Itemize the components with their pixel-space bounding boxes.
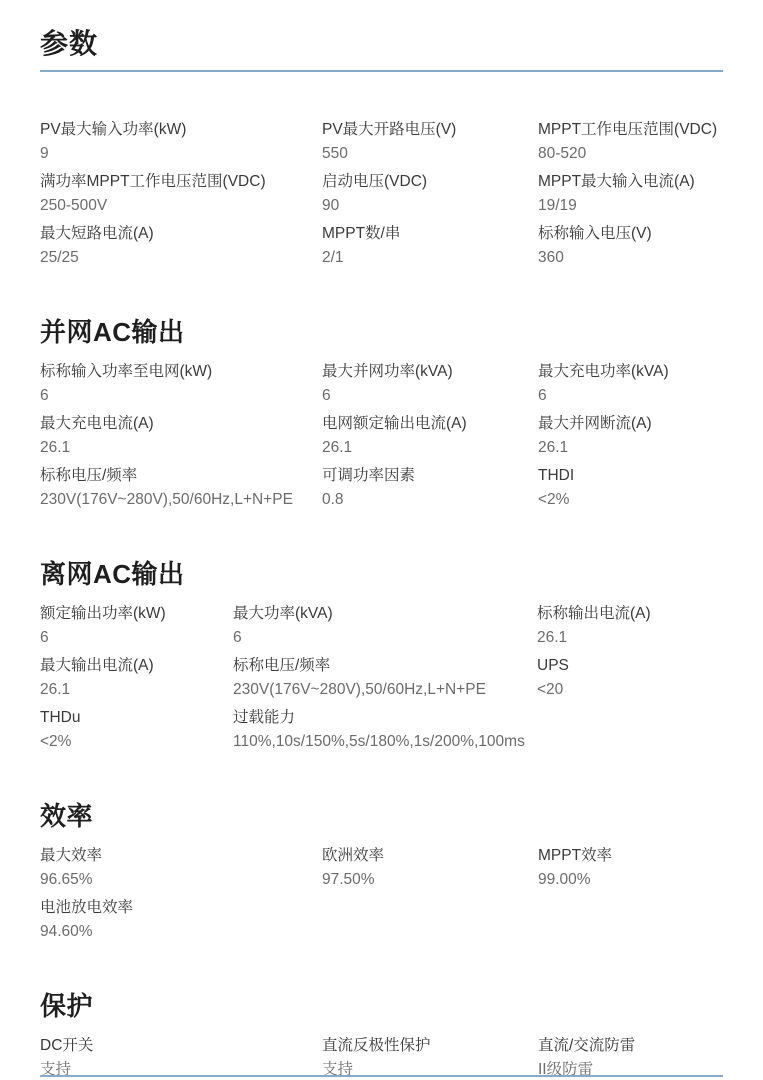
spec-label: 满功率MPPT工作电压范围(VDC): [40, 171, 322, 193]
section-protection: 保护DC开关支持直流反极性保护支持直流/交流防雷II级防雷: [40, 991, 723, 1080]
spec-label: 最大输出电流(A): [40, 655, 233, 677]
spec-item: 电网额定输出电流(A)26.1: [322, 413, 538, 459]
spec-label: 标称输出电流(A): [537, 603, 723, 625]
spec-value: 26.1: [538, 437, 723, 459]
spec-item: THDI<2%: [538, 465, 723, 511]
spec-label: 标称电压/频率: [40, 465, 322, 487]
spec-item: MPPT工作电压范围(VDC)80-520: [538, 119, 723, 165]
spec-value: 9: [40, 143, 322, 165]
spec-item: 最大效率96.65%: [40, 845, 322, 891]
spec-value: 110%,10s/150%,5s/180%,1s/200%,100ms: [233, 731, 537, 753]
spec-item: 直流反极性保护支持: [322, 1035, 538, 1080]
spec-value: 250-500V: [40, 195, 322, 217]
spec-value: 230V(176V~280V),50/60Hz,L+N+PE: [40, 489, 322, 511]
spec-label: 标称电压/频率: [233, 655, 537, 677]
spec-value: 6: [322, 385, 538, 407]
spec-value: 550: [322, 143, 538, 165]
section-title-grid-ac-output: 并网AC输出: [40, 317, 723, 347]
section-offgrid-ac-output: 离网AC输出额定输出功率(kW)6最大功率(kVA)6标称输出电流(A)26.1…: [40, 559, 723, 759]
spec-value: 96.65%: [40, 869, 322, 891]
spec-value: 6: [40, 385, 322, 407]
page-title: 参数: [40, 28, 723, 60]
section-pv-input: PV最大输入功率(kW)9PV最大开路电压(V)550MPPT工作电压范围(VD…: [40, 119, 723, 275]
spec-item: 最大并网断流(A)26.1: [538, 413, 723, 459]
spec-item: 最大充电功率(kVA)6: [538, 361, 723, 407]
spec-label: 直流反极性保护: [322, 1035, 538, 1057]
spec-item: 启动电压(VDC)90: [322, 171, 538, 217]
spec-item: 直流/交流防雷II级防雷: [538, 1035, 723, 1080]
spec-item: 最大并网功率(kVA)6: [322, 361, 538, 407]
spec-item: 最大充电电流(A)26.1: [40, 413, 322, 459]
spec-label: MPPT最大输入电流(A): [538, 171, 723, 193]
spec-label: DC开关: [40, 1035, 322, 1057]
spec-item: 欧洲效率97.50%: [322, 845, 538, 891]
section-title-protection: 保护: [40, 991, 723, 1021]
spec-value: 94.60%: [40, 921, 322, 943]
spec-value: 90: [322, 195, 538, 217]
spec-value: 97.50%: [322, 869, 538, 891]
spec-item: 标称电压/频率230V(176V~280V),50/60Hz,L+N+PE: [40, 465, 322, 511]
title-divider: [40, 70, 723, 72]
spec-label: MPPT效率: [538, 845, 723, 867]
spec-item: 电池放电效率94.60%: [40, 897, 322, 943]
spec-grid: DC开关支持直流反极性保护支持直流/交流防雷II级防雷: [40, 1035, 723, 1080]
spec-sheet-page: 参数 PV最大输入功率(kW)9PV最大开路电压(V)550MPPT工作电压范围…: [0, 0, 763, 1080]
spec-label: 欧洲效率: [322, 845, 538, 867]
spec-value: 6: [233, 627, 537, 649]
spec-label: MPPT工作电压范围(VDC): [538, 119, 723, 141]
spec-label: 最大并网断流(A): [538, 413, 723, 435]
spec-value: 6: [538, 385, 723, 407]
spec-label: 直流/交流防雷: [538, 1035, 723, 1057]
spec-label: 可调功率因素: [322, 465, 538, 487]
spec-item: 最大功率(kVA)6: [233, 603, 537, 649]
spec-item: 标称输出电流(A)26.1: [537, 603, 723, 649]
spec-item: 额定输出功率(kW)6: [40, 603, 233, 649]
spec-value: 25/25: [40, 247, 322, 269]
spec-label: 过载能力: [233, 707, 537, 729]
spec-item: 标称输入功率至电网(kW)6: [40, 361, 322, 407]
spec-item: THDu<2%: [40, 707, 233, 753]
spec-item: MPPT最大输入电流(A)19/19: [538, 171, 723, 217]
spec-label: 最大充电功率(kVA): [538, 361, 723, 383]
spec-value: 99.00%: [538, 869, 723, 891]
spec-value: 0.8: [322, 489, 538, 511]
bottom-divider: [40, 1075, 723, 1077]
spec-value: 19/19: [538, 195, 723, 217]
spec-label: UPS: [537, 655, 723, 677]
spec-grid: 额定输出功率(kW)6最大功率(kVA)6标称输出电流(A)26.1最大输出电流…: [40, 603, 723, 759]
spec-label: THDI: [538, 465, 723, 487]
spec-value: 26.1: [40, 679, 233, 701]
spec-value: 26.1: [537, 627, 723, 649]
spec-value: 26.1: [322, 437, 538, 459]
spec-item: 过载能力110%,10s/150%,5s/180%,1s/200%,100ms: [233, 707, 537, 753]
spec-label: 最大效率: [40, 845, 322, 867]
spec-label: 电网额定输出电流(A): [322, 413, 538, 435]
section-title-offgrid-ac-output: 离网AC输出: [40, 559, 723, 589]
spec-value: 2/1: [322, 247, 538, 269]
spec-item: MPPT效率99.00%: [538, 845, 723, 891]
spec-grid: 最大效率96.65%欧洲效率97.50%MPPT效率99.00%电池放电效率94…: [40, 845, 723, 949]
spec-label: MPPT数/串: [322, 223, 538, 245]
spec-value: <2%: [40, 731, 233, 753]
spec-item: UPS<20: [537, 655, 723, 701]
spec-label: 最大并网功率(kVA): [322, 361, 538, 383]
section-efficiency: 效率最大效率96.65%欧洲效率97.50%MPPT效率99.00%电池放电效率…: [40, 801, 723, 949]
spec-label: 最大功率(kVA): [233, 603, 537, 625]
spec-label: 标称输入功率至电网(kW): [40, 361, 322, 383]
spec-item: PV最大输入功率(kW)9: [40, 119, 322, 165]
sections-container: PV最大输入功率(kW)9PV最大开路电压(V)550MPPT工作电压范围(VD…: [40, 119, 723, 1080]
spec-item: 可调功率因素0.8: [322, 465, 538, 511]
spec-item: 标称电压/频率230V(176V~280V),50/60Hz,L+N+PE: [233, 655, 537, 701]
spec-item: PV最大开路电压(V)550: [322, 119, 538, 165]
spec-item: 满功率MPPT工作电压范围(VDC)250-500V: [40, 171, 322, 217]
spec-label: 额定输出功率(kW): [40, 603, 233, 625]
spec-item: 最大短路电流(A)25/25: [40, 223, 322, 269]
spec-item: DC开关支持: [40, 1035, 322, 1080]
spec-value: 360: [538, 247, 723, 269]
spec-label: 标称输入电压(V): [538, 223, 723, 245]
spec-item: 最大输出电流(A)26.1: [40, 655, 233, 701]
spec-label: PV最大输入功率(kW): [40, 119, 322, 141]
spec-item: 标称输入电压(V)360: [538, 223, 723, 269]
section-grid-ac-output: 并网AC输出标称输入功率至电网(kW)6最大并网功率(kVA)6最大充电功率(k…: [40, 317, 723, 517]
spec-value: 26.1: [40, 437, 322, 459]
spec-value: <20: [537, 679, 723, 701]
spec-grid: 标称输入功率至电网(kW)6最大并网功率(kVA)6最大充电功率(kVA)6最大…: [40, 361, 723, 517]
spec-item: MPPT数/串2/1: [322, 223, 538, 269]
spec-label: 最大短路电流(A): [40, 223, 322, 245]
section-title-efficiency: 效率: [40, 801, 723, 831]
spec-value: 230V(176V~280V),50/60Hz,L+N+PE: [233, 679, 537, 701]
spec-value: 80-520: [538, 143, 723, 165]
spec-label: 电池放电效率: [40, 897, 322, 919]
spec-value: <2%: [538, 489, 723, 511]
spec-grid: PV最大输入功率(kW)9PV最大开路电压(V)550MPPT工作电压范围(VD…: [40, 119, 723, 275]
spec-label: 最大充电电流(A): [40, 413, 322, 435]
spec-label: 启动电压(VDC): [322, 171, 538, 193]
spec-label: THDu: [40, 707, 233, 729]
spec-value: 6: [40, 627, 233, 649]
spec-label: PV最大开路电压(V): [322, 119, 538, 141]
